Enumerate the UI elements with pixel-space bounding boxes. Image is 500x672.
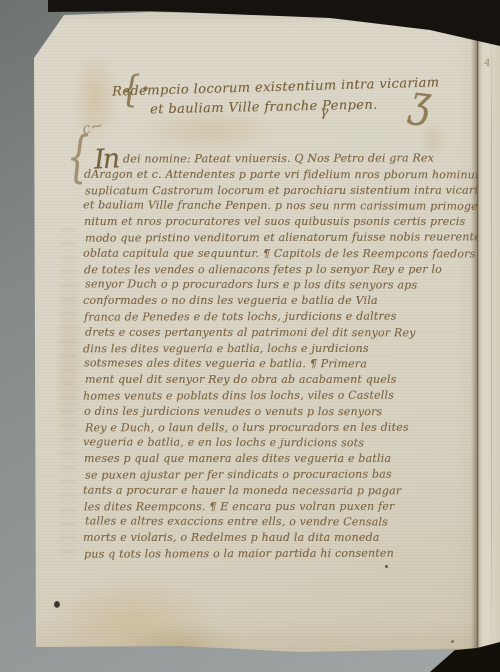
manuscript-line: franca de Penedes e de tots lochs, jurdi…: [84, 308, 454, 325]
manuscript-line: drets e coses pertanyents al patrimoni d…: [85, 324, 455, 340]
manuscript-line: de totes les vendes o alienacons fetes p…: [84, 261, 454, 277]
manuscript-line: pus q tots los homens o la maior partida…: [84, 545, 454, 562]
folio-mark: 4: [484, 58, 491, 69]
manuscript-line: homes venuts e poblats dins los lochs, v…: [83, 387, 453, 404]
heading-tick-mark: γ: [320, 104, 328, 120]
page-edge-line: [491, 16, 492, 656]
manuscript-line: Rey e Duch, o laun dells, o lurs procura…: [85, 419, 455, 435]
manuscript-line: dAragon et c. Attendentes p parte vri fi…: [84, 166, 454, 182]
manuscript-photo: 4 {· Redempcio locorum existentium intra…: [0, 0, 500, 672]
ink-dot: [385, 565, 388, 568]
manuscript-line: sotsmeses ales dites vegueria e batlia. …: [84, 356, 454, 373]
ink-dot-small: [451, 640, 454, 643]
manuscript-line: les dites Reempcons. ¶ E encara pus volr…: [84, 498, 454, 514]
ink-bleedthrough: [60, 228, 76, 558]
manuscript-line: dins les dites vegueria e batlia, lochs …: [83, 340, 453, 356]
manuscript-line: modo que pristino venditorum et alienato…: [85, 229, 455, 246]
manuscript-line: conformades o no dins les vegueria e bat…: [83, 293, 453, 309]
manuscript-line: et bauliam Ville franche Penpen. p nos s…: [83, 198, 453, 215]
manuscript-line: tants a procurar e hauer la moneda neces…: [83, 482, 453, 498]
manuscript-line: morts e violaris, o Redelmes p haud la d…: [83, 530, 453, 546]
manuscript-line: vegueria e batlia, e en los lochs e jurd…: [83, 435, 453, 452]
wormhole-dot: [54, 601, 60, 608]
stain-bottom-left-2: [120, 625, 240, 665]
gutter-fold-crease: [471, 18, 482, 660]
manuscript-line: se puxen ajustar per fer sindicats o pro…: [85, 466, 455, 483]
stain-bottom-left: [48, 580, 218, 660]
manuscript-line: meses p qual que manera ales dites vegue…: [84, 451, 454, 467]
manuscript-line: ment quel dit senyor Rey do obra ab acab…: [85, 372, 455, 388]
manuscript-line: o dins les jurdicions venudes o venuts p…: [84, 403, 454, 419]
manuscript-text-block: dei nomine: Pateat vniuersis. Q Nos Petr…: [84, 151, 454, 562]
manuscript-line: nitum et nros procuratores vel suos quib…: [84, 214, 454, 230]
manuscript-line: dei nomine: Pateat vniuersis. Q Nos Petr…: [83, 150, 453, 167]
manuscript-line: senyor Duch o p procuradors lurs e p los…: [85, 277, 455, 294]
manuscript-page: {· Redempcio locorum existentium intra v…: [0, 0, 500, 672]
manuscript-line: suplicatum Castrorum locorum et parochia…: [85, 182, 455, 198]
manuscript-line: oblata capitula que sequuntur. ¶ Capitol…: [83, 245, 453, 261]
manuscript-line: talles e altres exaccions entre ells, o …: [85, 514, 455, 531]
